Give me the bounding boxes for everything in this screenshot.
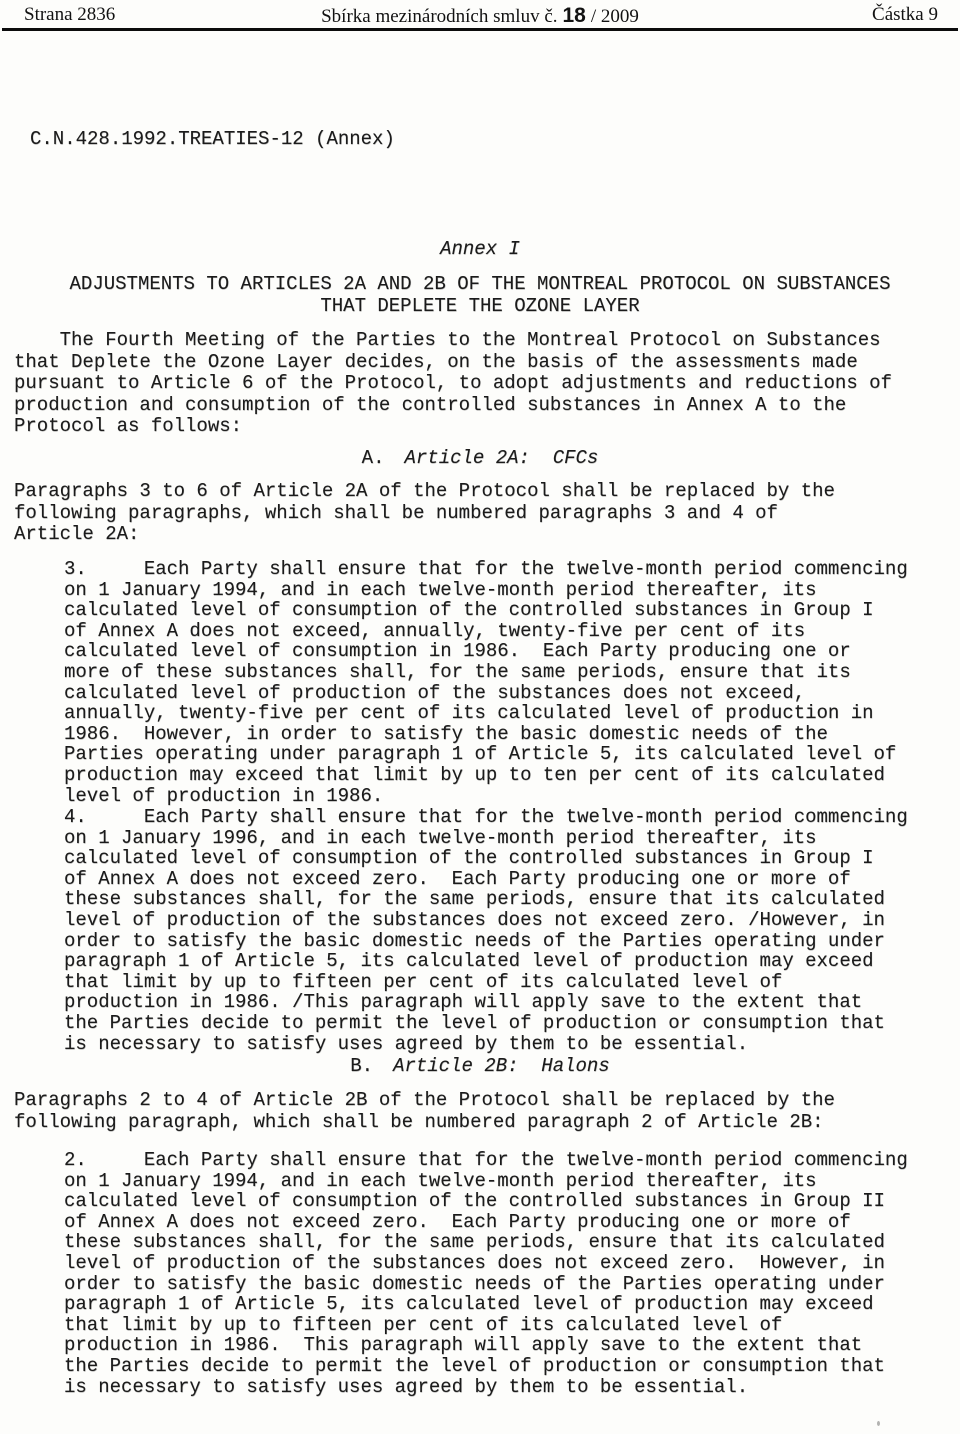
issue-part-label: Částka 9 — [872, 4, 938, 26]
section-a-paragraph-4: 4. Each Party shall ensure that for the … — [64, 807, 908, 1054]
section-b-label: B. — [350, 1055, 393, 1077]
document-reference: C.N.428.1992.TREATIES-12 (Annex) — [30, 129, 395, 151]
publication-title-suffix: / 2009 — [591, 6, 639, 27]
publication-title: Sbírka mezinárodních smluv č.18/ 2009 — [0, 4, 960, 28]
section-a-intro-paragraph: Paragraphs 3 to 6 of Article 2A of the P… — [14, 481, 835, 546]
section-a-label: A. — [362, 447, 405, 469]
annex-heading: Annex I — [0, 239, 960, 261]
section-b-intro-paragraph: Paragraphs 2 to 4 of Article 2B of the P… — [14, 1090, 835, 1133]
publication-title-prefix: Sbírka mezinárodních smluv č. — [321, 6, 557, 27]
section-b-heading: B.Article 2B: Halons — [0, 1056, 960, 1078]
header-divider-rule — [2, 28, 958, 31]
section-b-title: Article 2B: Halons — [393, 1055, 610, 1077]
section-a-heading: A.Article 2A: CFCs — [0, 448, 960, 470]
main-title-line1: ADJUSTMENTS TO ARTICLES 2A AND 2B OF THE… — [0, 274, 960, 296]
section-a-title: Article 2A: CFCs — [404, 447, 598, 469]
page-header: Strana 2836 Sbírka mezinárodních smluv č… — [0, 4, 960, 30]
issue-number: 18 — [563, 4, 586, 27]
scanned-document-page: Strana 2836 Sbírka mezinárodních smluv č… — [0, 0, 960, 1434]
section-b-paragraph-2: 2. Each Party shall ensure that for the … — [64, 1150, 908, 1397]
scan-speck-artifact — [877, 1421, 880, 1426]
main-title-line2: THAT DEPLETE THE OZONE LAYER — [0, 296, 960, 318]
preamble-paragraph: The Fourth Meeting of the Parties to the… — [14, 330, 892, 438]
section-a-paragraph-3: 3. Each Party shall ensure that for the … — [64, 559, 908, 806]
